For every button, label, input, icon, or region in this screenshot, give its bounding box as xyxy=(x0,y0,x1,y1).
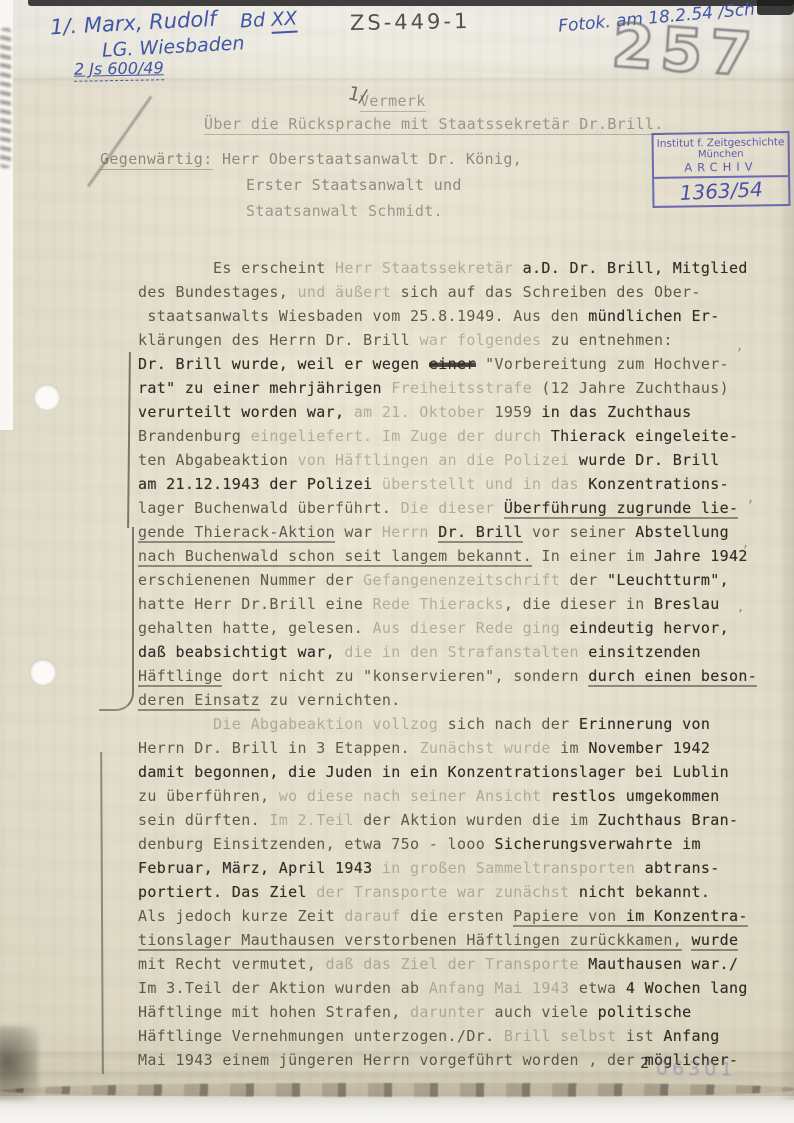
typed-line: denburg Einsitzenden, etwa 75o - looo Si… xyxy=(138,832,757,856)
typed-line: damit begonnen, die Juden in ein Konzent… xyxy=(138,760,757,784)
typed-line: des Bundestages, und äußert sich auf das… xyxy=(138,280,757,304)
typed-segment: dort nicht zu "konservieren", sondern xyxy=(222,667,588,685)
typed-segment: der Transporte war zunächst xyxy=(316,883,579,901)
typed-segment: zu überführen, xyxy=(138,787,279,805)
typed-segment: Mauthausen war./ xyxy=(588,955,738,973)
typed-segment: darauf xyxy=(344,907,400,925)
typed-segment: im Konzentra- xyxy=(626,907,748,927)
typed-segment: der xyxy=(560,571,607,589)
bottom-edge-crinkle xyxy=(0,1083,794,1097)
typed-segment: tionslager Mauthausen verstorbenen Häftl… xyxy=(138,931,682,951)
typed-segment: In einer im xyxy=(532,547,654,565)
typed-segment: des Bundestages, xyxy=(138,283,297,301)
typed-segment: zu vernichten. xyxy=(260,691,401,709)
typed-segment: Anfang Mai 1943 xyxy=(429,979,570,997)
typed-segment: Es erscheint xyxy=(138,259,335,277)
typed-segment: Brandenburg xyxy=(138,427,251,445)
typed-segment: gende Thierack-Aktion xyxy=(138,523,335,543)
attendee-0: Herr Oberstaatsanwalt Dr. König, xyxy=(222,150,522,168)
typed-segment: im xyxy=(551,739,589,757)
typed-line: staatsanwalts Wiesbaden vom 25.8.1949. A… xyxy=(138,304,757,328)
typed-segment: mündlichen Er- xyxy=(588,307,719,325)
typed-segment: abtrans- xyxy=(645,859,720,877)
typed-segment: Die Abgabeaktion vollzog xyxy=(213,715,438,733)
typed-line: klärungen des Herrn Dr. Brill war folgen… xyxy=(138,328,757,352)
typed-segment: die ersten xyxy=(401,907,514,925)
punch-hole xyxy=(30,659,56,685)
attendees-line-2: Erster Staatsanwalt und xyxy=(246,176,462,194)
scan-backing xyxy=(0,1096,794,1123)
attendees-label: Gegenwärtig: xyxy=(100,150,213,170)
attendees-line-3: Staatsanwalt Schmidt. xyxy=(246,202,443,220)
typed-segment: Im 2.Teil xyxy=(269,811,353,829)
typed-segment: Die dieser xyxy=(401,499,504,517)
typed-segment: Abstellung xyxy=(635,523,729,541)
typed-segment: und äußert xyxy=(297,283,391,301)
typed-segment: sein dürften. xyxy=(138,811,269,829)
typed-line: am 21.12.1943 der Polizei überstellt und… xyxy=(138,472,757,496)
typed-segment: am 21.12.1943 der Polizei xyxy=(138,475,382,493)
pencil-tick: ’ xyxy=(748,497,753,515)
typed-line: Februar, März, April 1943 in großen Samm… xyxy=(138,856,757,880)
punch-hole xyxy=(34,384,60,410)
typed-line: portiert. Das Ziel der Transporte war zu… xyxy=(138,880,757,904)
typed-segment: daß das Ziel der Transporte xyxy=(326,955,589,973)
typed-segment: zu entnehmen: xyxy=(541,331,672,349)
typed-segment: denburg Einsitzenden, etwa 75o - looo xyxy=(138,835,494,853)
typed-line: Häftlinge mit hohen Strafen, darunter au… xyxy=(138,1000,757,1024)
typed-line: Häftlinge dort nicht zu "konservieren", … xyxy=(138,664,757,688)
typed-segment: Dr. Brill wurde, weil er wegen xyxy=(138,355,429,373)
handwritten-file-number: 2 Js 600/49 xyxy=(74,58,164,82)
typed-segment: wo diese nach seiner Ansicht xyxy=(279,787,551,805)
typed-segment: Konzentrations- xyxy=(588,475,729,493)
typed-segment: vor seiner xyxy=(523,523,636,541)
typed-segment: (12 Jahre Zuchthaus) xyxy=(532,379,729,397)
typed-segment: war folgendes xyxy=(419,331,541,349)
typed-segment: etwa xyxy=(570,979,626,997)
document-title: Vermerk xyxy=(360,92,426,110)
typed-segment: 4 Wochen lang xyxy=(626,979,748,997)
typed-segment: rat" zu einer mehrjährigen xyxy=(138,379,391,397)
typed-line: Herrn Dr. Brill in 3 Etappen. Zunächst w… xyxy=(138,736,757,760)
typed-segment: verurteilt worden war, xyxy=(138,403,354,421)
typed-segment: eingeliefert. Im Zuge der durch xyxy=(251,427,551,445)
pencil-tick: ’ xyxy=(737,345,742,363)
typed-segment: Februar, März, April 1943 xyxy=(138,859,382,877)
typed-segment: Aus dieser Rede ging xyxy=(373,619,570,637)
typed-line: deren Einsatz zu vernichten. xyxy=(138,688,757,712)
footer-stamp-number: 06301 xyxy=(656,1057,737,1080)
typed-segment: portiert. Das Ziel xyxy=(138,883,316,901)
typed-segment: politische xyxy=(598,1003,692,1021)
typed-line: rat" zu einer mehrjährigen Freiheitsstra… xyxy=(138,376,757,400)
typed-segment xyxy=(138,715,213,733)
typed-segment: 1959 xyxy=(485,403,541,421)
typed-segment: war xyxy=(335,523,382,541)
typed-segment: , die dieser in xyxy=(504,595,654,613)
volume-prefix: Bd xyxy=(239,9,271,33)
typed-segment: "Vorbereitung zum Hochver- xyxy=(476,355,729,373)
stamp-number: 1363/54 xyxy=(654,176,789,207)
typed-segment: sich auf das Schreiben des Ober- xyxy=(391,283,701,301)
typed-segment: Zunächst wurde xyxy=(419,739,550,757)
volume-number: XX xyxy=(271,8,298,34)
typed-segment: Häftlinge mit hohen Strafen, xyxy=(138,1003,410,1021)
typed-line: ten Abgabeaktion von Häftlingen an die P… xyxy=(138,448,757,472)
typed-segment: der Aktion wurden die im xyxy=(354,811,598,829)
typed-segment: eindeutig hervor, xyxy=(570,619,729,637)
bottom-left-smudge xyxy=(0,1026,38,1100)
typed-segment: von Häftlingen an die Polizei xyxy=(297,451,578,469)
typed-segment: Als jedoch kurze Zeit xyxy=(138,907,344,925)
typed-segment: Anfang xyxy=(663,1027,719,1045)
typed-segment: durch einen beson- xyxy=(588,667,757,687)
typed-segment: am 21. Oktober xyxy=(354,403,485,421)
typed-line: daß beabsichtigt war, die in den Strafan… xyxy=(138,640,757,664)
document-subtitle-text: Über die Rücksprache mit Staatssekretär … xyxy=(204,115,664,135)
typed-segment: staatsanwalts Wiesbaden vom 25.8.1949. A… xyxy=(138,307,588,325)
typed-segment: überstellt und in das xyxy=(382,475,588,493)
typed-segment: Sicherungsverwahrte im xyxy=(494,835,700,853)
typed-segment: Mai 1943 einem jüngeren Herrn vorgeführt… xyxy=(138,1051,645,1069)
typed-segment: in das Zuchthaus xyxy=(541,403,691,421)
typed-segment: restlos umgekommen xyxy=(551,787,720,805)
typed-segment: sich nach der xyxy=(438,715,579,733)
typed-segment: Zuchthaus Bran- xyxy=(598,811,739,829)
typed-segment: ist xyxy=(616,1027,663,1045)
typed-line: gende Thierack-Aktion war Herrn Dr. Bril… xyxy=(138,520,757,544)
typed-line: nach Buchenwald schon seit langem bekann… xyxy=(138,544,757,568)
typed-line: Es erscheint Herr Staatssekretär a.D. Dr… xyxy=(138,256,757,280)
typed-line: tionslager Mauthausen verstorbenen Häftl… xyxy=(138,928,757,952)
typed-segment: damit begonnen, die Juden in ein Konzent… xyxy=(138,763,729,781)
typed-segment: nicht bekannt. xyxy=(579,883,710,901)
typed-line: Als jedoch kurze Zeit darauf die ersten … xyxy=(138,904,757,928)
scanned-document-page: 1/. Marx, Rudolf Bd XX LG. Wiesbaden 2 J… xyxy=(0,0,794,1123)
typed-segment: Papiere von xyxy=(513,907,626,927)
typed-segment: mit Recht vermutet, xyxy=(138,955,326,973)
typed-segment: a.D. Dr. Brill, Mitglied xyxy=(523,259,748,277)
pencil-tick: ’ xyxy=(738,606,743,624)
typed-line: gehalten hatte, gelesen. Aus dieser Rede… xyxy=(138,616,757,640)
typed-segment: Herrn Dr. Brill in 3 Etappen. xyxy=(138,739,419,757)
margin-line-hook xyxy=(99,527,134,711)
typed-segment: November 1942 xyxy=(588,739,710,757)
typed-segment: Thierack eingeleite- xyxy=(551,427,739,445)
typed-line: Im 3.Teil der Aktion wurden ab Anfang Ma… xyxy=(138,976,757,1000)
typed-segment: daß beabsichtigt war, xyxy=(138,643,344,661)
document-title-text: Vermerk xyxy=(360,92,426,112)
typed-segment: auch viele xyxy=(485,1003,598,1021)
typed-segment: ten Abgabeaktion xyxy=(138,451,297,469)
typed-segment: Überführung zugrunde lie- xyxy=(504,499,739,519)
typed-segment: einer xyxy=(429,355,476,373)
typed-segment: deren Einsatz xyxy=(138,691,260,711)
typed-segment: klärungen des Herrn Dr. Brill xyxy=(138,331,419,349)
pencil-tick: ’ xyxy=(743,542,748,560)
stamp-institute: Institut f. Zeitgeschichte xyxy=(654,136,788,150)
typed-segment: lager Buchenwald überführt. xyxy=(138,499,401,517)
typed-segment: Häftlinge xyxy=(138,667,222,687)
typed-segment: Rede Thieracks xyxy=(373,595,504,613)
typed-segment: nach Buchenwald schon seit langem bekann… xyxy=(138,547,532,567)
typed-line: Brandenburg eingeliefert. Im Zuge der du… xyxy=(138,424,757,448)
typed-segment: Herrn xyxy=(382,523,438,541)
typed-line: Die Abgabeaktion vollzog sich nach der E… xyxy=(138,712,757,736)
typed-segment: einsitzenden xyxy=(588,643,701,661)
typed-segment: Breslau xyxy=(654,595,720,613)
archive-signature: ZS-449-1 xyxy=(350,9,471,35)
typed-segment: gehalten hatte, gelesen. xyxy=(138,619,373,637)
typed-segment: Erinnerung von xyxy=(579,715,710,733)
typed-segment: erschienenen Nummer der xyxy=(138,571,363,589)
typed-segment: wurde Dr. Brill xyxy=(579,451,720,469)
handwritten-volume: Bd XX xyxy=(239,8,297,33)
typed-segment: Jahre 1942 xyxy=(654,547,748,565)
typed-line: mit Recht vermutet, daß das Ziel der Tra… xyxy=(138,952,757,976)
page-stamp-number: 257 xyxy=(610,11,761,91)
typed-segment: darunter xyxy=(410,1003,485,1021)
archive-stamp: Institut f. Zeitgeschichte München ARCHI… xyxy=(651,131,790,208)
typed-segment: Dr. Brill xyxy=(438,523,522,543)
typed-line: Häftlinge Vernehmungen unterzogen./Dr. B… xyxy=(138,1024,757,1048)
typed-segment: Brill selbst xyxy=(504,1027,617,1045)
typed-line: hatte Herr Dr.Brill eine Rede Thieracks,… xyxy=(138,592,757,616)
typed-segment: Freiheitsstrafe xyxy=(391,379,532,397)
typed-segment: Gefangenenzeitschrift xyxy=(363,571,560,589)
typed-line: verurteilt worden war, am 21. Oktober 19… xyxy=(138,400,757,424)
typed-line: sein dürften. Im 2.Teil der Aktion wurde… xyxy=(138,808,757,832)
document-subtitle: Über die Rücksprache mit Staatssekretär … xyxy=(204,115,664,133)
typed-segment: die in den Strafanstalten xyxy=(344,643,588,661)
typed-line: erschienenen Nummer der Gefangenenzeitsc… xyxy=(138,568,757,592)
attendees-line-1: Gegenwärtig: Herr Oberstaatsanwalt Dr. K… xyxy=(100,150,522,168)
typed-body: Es erscheint Herr Staatssekretär a.D. Dr… xyxy=(138,256,757,1072)
typed-segment: "Leuchtturm", xyxy=(607,571,729,589)
typed-line: lager Buchenwald überführt. Die dieser Ü… xyxy=(138,496,757,520)
typed-segment: hatte Herr Dr.Brill eine xyxy=(138,595,373,613)
typed-segment: in großen Sammeltransporten xyxy=(382,859,645,877)
typed-segment: Häftlinge Vernehmungen unterzogen./Dr. xyxy=(138,1027,504,1045)
typed-segment: wurde xyxy=(691,931,738,951)
typed-line: Dr. Brill wurde, weil er wegen einer "Vo… xyxy=(138,352,757,376)
typed-segment: Herr Staatssekretär xyxy=(335,259,523,277)
typed-line: zu überführen, wo diese nach seiner Ansi… xyxy=(138,784,757,808)
scan-edge-artifact xyxy=(757,0,794,15)
typed-segment: Im 3.Teil der Aktion wurden ab xyxy=(138,979,429,997)
left-edge-smudge xyxy=(0,28,11,168)
